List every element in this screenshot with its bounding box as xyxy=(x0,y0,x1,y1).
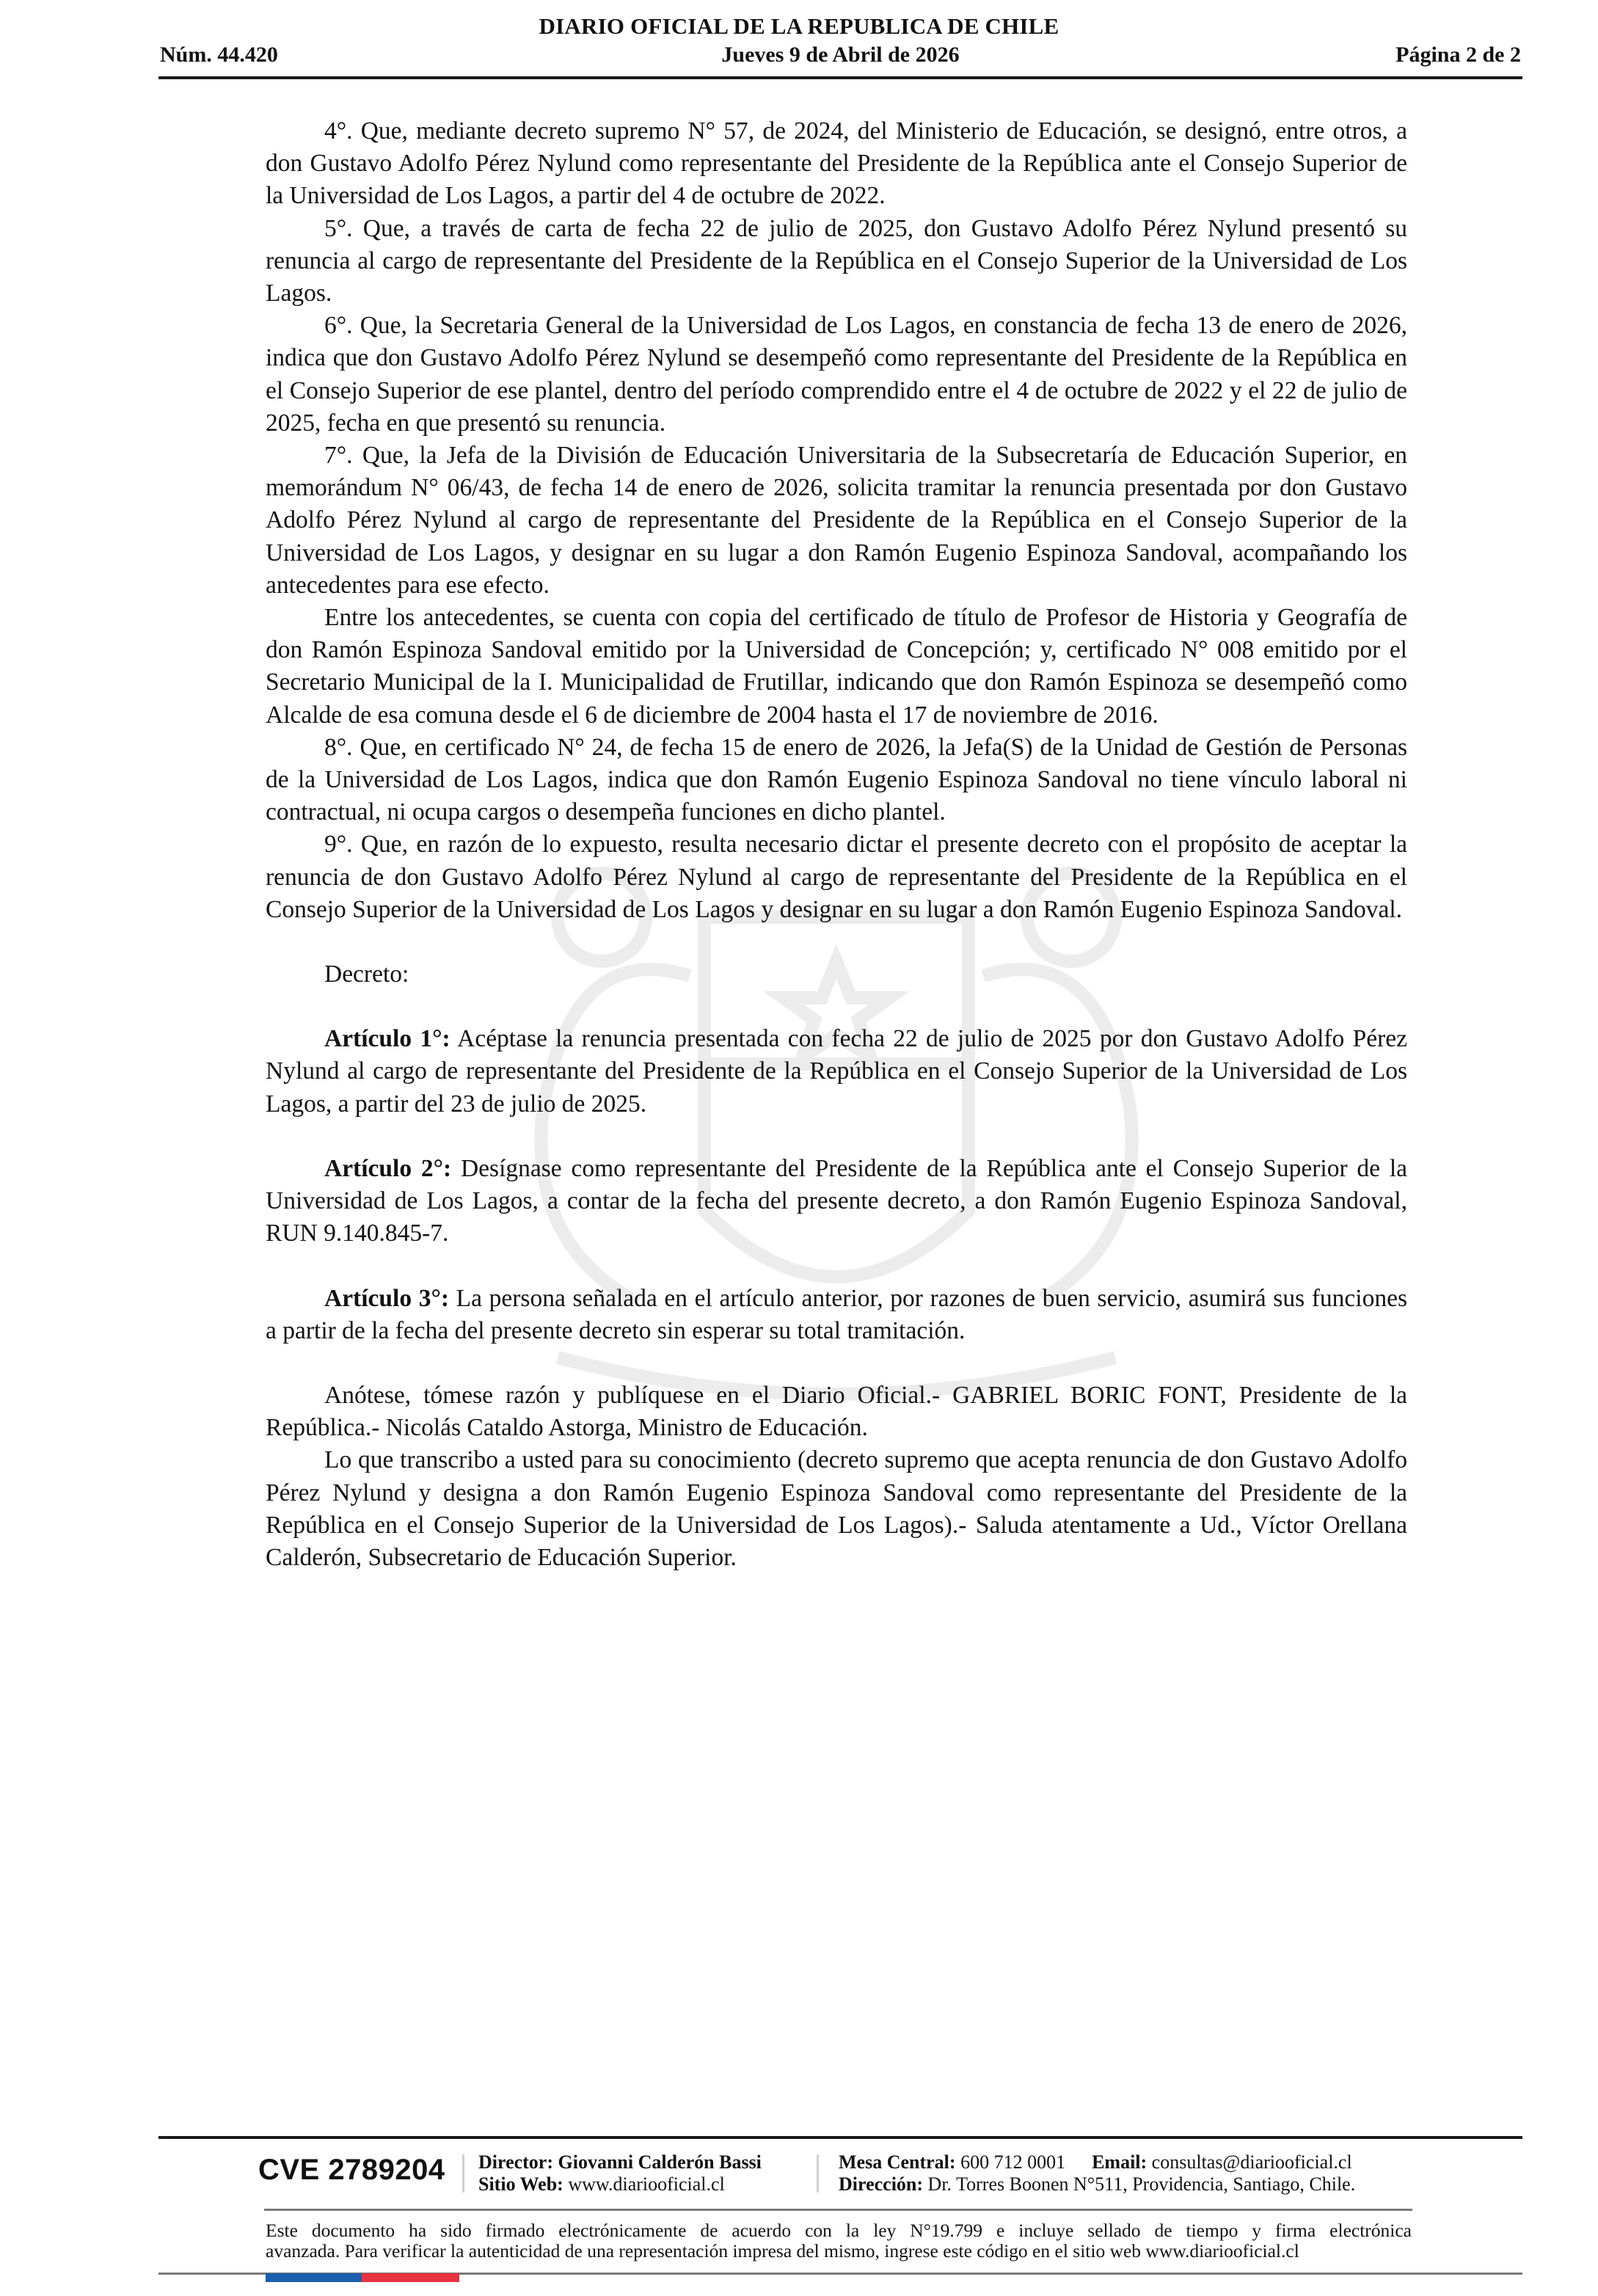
article-1-label: Artículo 1°: xyxy=(324,1025,450,1052)
spacer xyxy=(266,991,1407,1023)
considerando-6: 6°. Que, la Secretaria General de la Uni… xyxy=(266,310,1407,440)
document-body: 4°. Que, mediante decreto supremo N° 57,… xyxy=(266,115,1407,1574)
address-text: Dr. Torres Boonen N°511, Providencia, Sa… xyxy=(923,2173,1355,2195)
considerando-5: 5°. Que, a través de carta de fecha 22 d… xyxy=(266,213,1407,310)
issue-date: Jueves 9 de Abril de 2026 xyxy=(160,43,1521,68)
considerando-4: 4°. Que, mediante decreto supremo N° 57,… xyxy=(266,115,1407,213)
footer-separator xyxy=(817,2154,819,2193)
signature-paragraph: Anótese, tómese razón y publíquese en el… xyxy=(266,1380,1407,1444)
considerando-9: 9°. Que, en razón de lo expuesto, result… xyxy=(266,828,1407,926)
footer-divider-top xyxy=(158,2136,1522,2139)
disclaimer-line-2: avanzada. Para verificar la autenticidad… xyxy=(266,2241,1412,2262)
footer-separator xyxy=(462,2154,464,2193)
director-name: Giovanni Calderón Bassi xyxy=(553,2151,762,2173)
publication-title: DIARIO OFICIAL DE LA REPUBLICA DE CHILE xyxy=(0,13,1598,40)
email-label: Email: xyxy=(1092,2151,1147,2173)
article-2: Artículo 2°: Desígnase como representant… xyxy=(266,1153,1407,1250)
flag-stripe-blue xyxy=(266,2273,362,2282)
article-3: Artículo 3°: La persona señalada en el a… xyxy=(266,1283,1407,1347)
article-2-label: Artículo 2°: xyxy=(324,1155,451,1182)
website-link[interactable]: www.diariooficial.cl xyxy=(563,2173,725,2195)
footer-contact-block: Mesa Central: 600 712 0001Email: consult… xyxy=(839,2151,1355,2195)
flag-stripe-red xyxy=(362,2273,459,2282)
article-3-label: Artículo 3°: xyxy=(324,1285,449,1312)
spacer xyxy=(266,1347,1407,1380)
decreto-heading: Decreto: xyxy=(266,958,1407,991)
phone-label: Mesa Central: xyxy=(839,2151,956,2173)
header-meta-row: Núm. 44.420 Jueves 9 de Abril de 2026 Pá… xyxy=(160,43,1521,72)
spacer xyxy=(266,1250,1407,1283)
spacer xyxy=(266,926,1407,958)
director-label: Director: xyxy=(478,2151,553,2173)
phone-number: 600 712 0001 xyxy=(956,2151,1066,2173)
address-label: Dirección: xyxy=(839,2173,923,2195)
antecedentes-paragraph: Entre los antecedentes, se cuenta con co… xyxy=(266,602,1407,732)
email-link[interactable]: consultas@diariooficial.cl xyxy=(1147,2151,1352,2173)
article-1: Artículo 1°: Acéptase la renuncia presen… xyxy=(266,1023,1407,1120)
spacer xyxy=(266,1120,1407,1153)
disclaimer-line-1: Este documento ha sido firmado electróni… xyxy=(266,2220,1412,2241)
page-indicator: Página 2 de 2 xyxy=(1395,43,1521,68)
transcription-paragraph: Lo que transcribo a usted para su conoci… xyxy=(266,1444,1407,1574)
electronic-signature-disclaimer: Este documento ha sido firmado electróni… xyxy=(266,2220,1412,2262)
footer-divider-middle xyxy=(264,2209,1412,2211)
considerando-8: 8°. Que, en certificado N° 24, de fecha … xyxy=(266,732,1407,829)
header-divider xyxy=(158,76,1522,79)
footer-director-block: Director: Giovanni Calderón Bassi Sitio … xyxy=(478,2151,762,2195)
website-label: Sitio Web: xyxy=(478,2173,563,2195)
cve-code: CVE 2789204 xyxy=(258,2154,445,2187)
considerando-7: 7°. Que, la Jefa de la División de Educa… xyxy=(266,440,1407,602)
